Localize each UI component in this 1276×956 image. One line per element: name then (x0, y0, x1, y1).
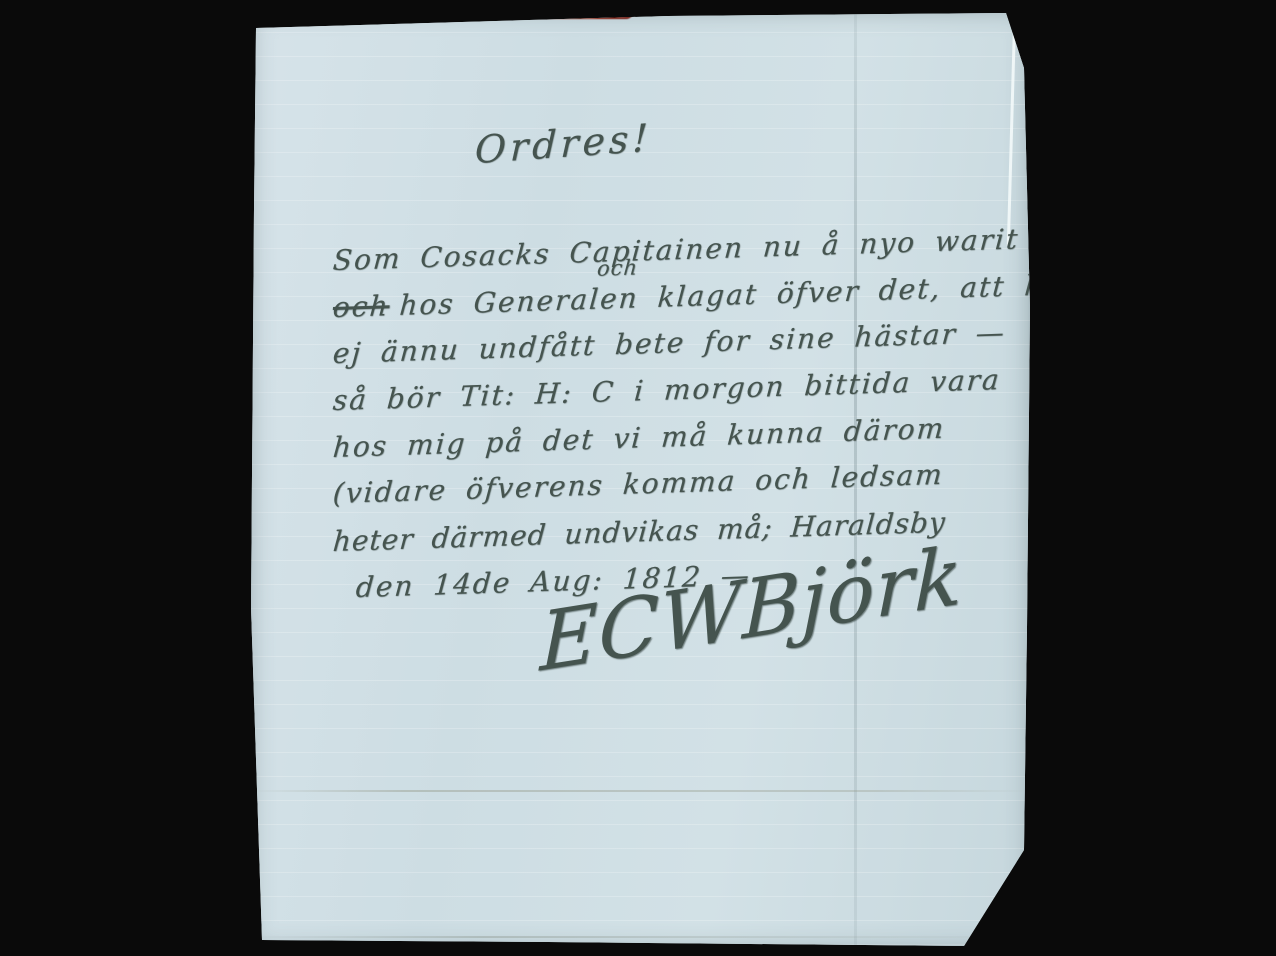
letter-page: Ordres! Som Cosacks Capitainen nu å nyo … (248, 8, 1032, 952)
signature: ECWBjörk (539, 528, 964, 689)
body-line: så bör Tit: H: C i morgon bittida vara (332, 363, 1002, 417)
letter-title: Ordres! (474, 116, 652, 173)
second-sheet-edge (1007, 16, 1016, 246)
body-line: Som Cosacks Capitainen nu å nyo warit (332, 222, 1021, 277)
struck-word: och (332, 289, 391, 324)
body-line: ochhos Generalen klagat öfver det, att h… (332, 267, 1085, 324)
paper-speckles (248, 8, 250, 10)
horizontal-crease (248, 790, 1032, 792)
horizontal-crease (248, 936, 1032, 938)
line-text: hos Generalen klagat öfver det, att han (398, 267, 1084, 322)
inserted-word: och (596, 255, 639, 280)
scan-background: Ordres! Som Cosacks Capitainen nu å nyo … (0, 0, 1276, 956)
body-line: ej ännu undfått bete for sine hästar — (332, 316, 1007, 370)
wax-seal-remnant (518, 5, 634, 19)
